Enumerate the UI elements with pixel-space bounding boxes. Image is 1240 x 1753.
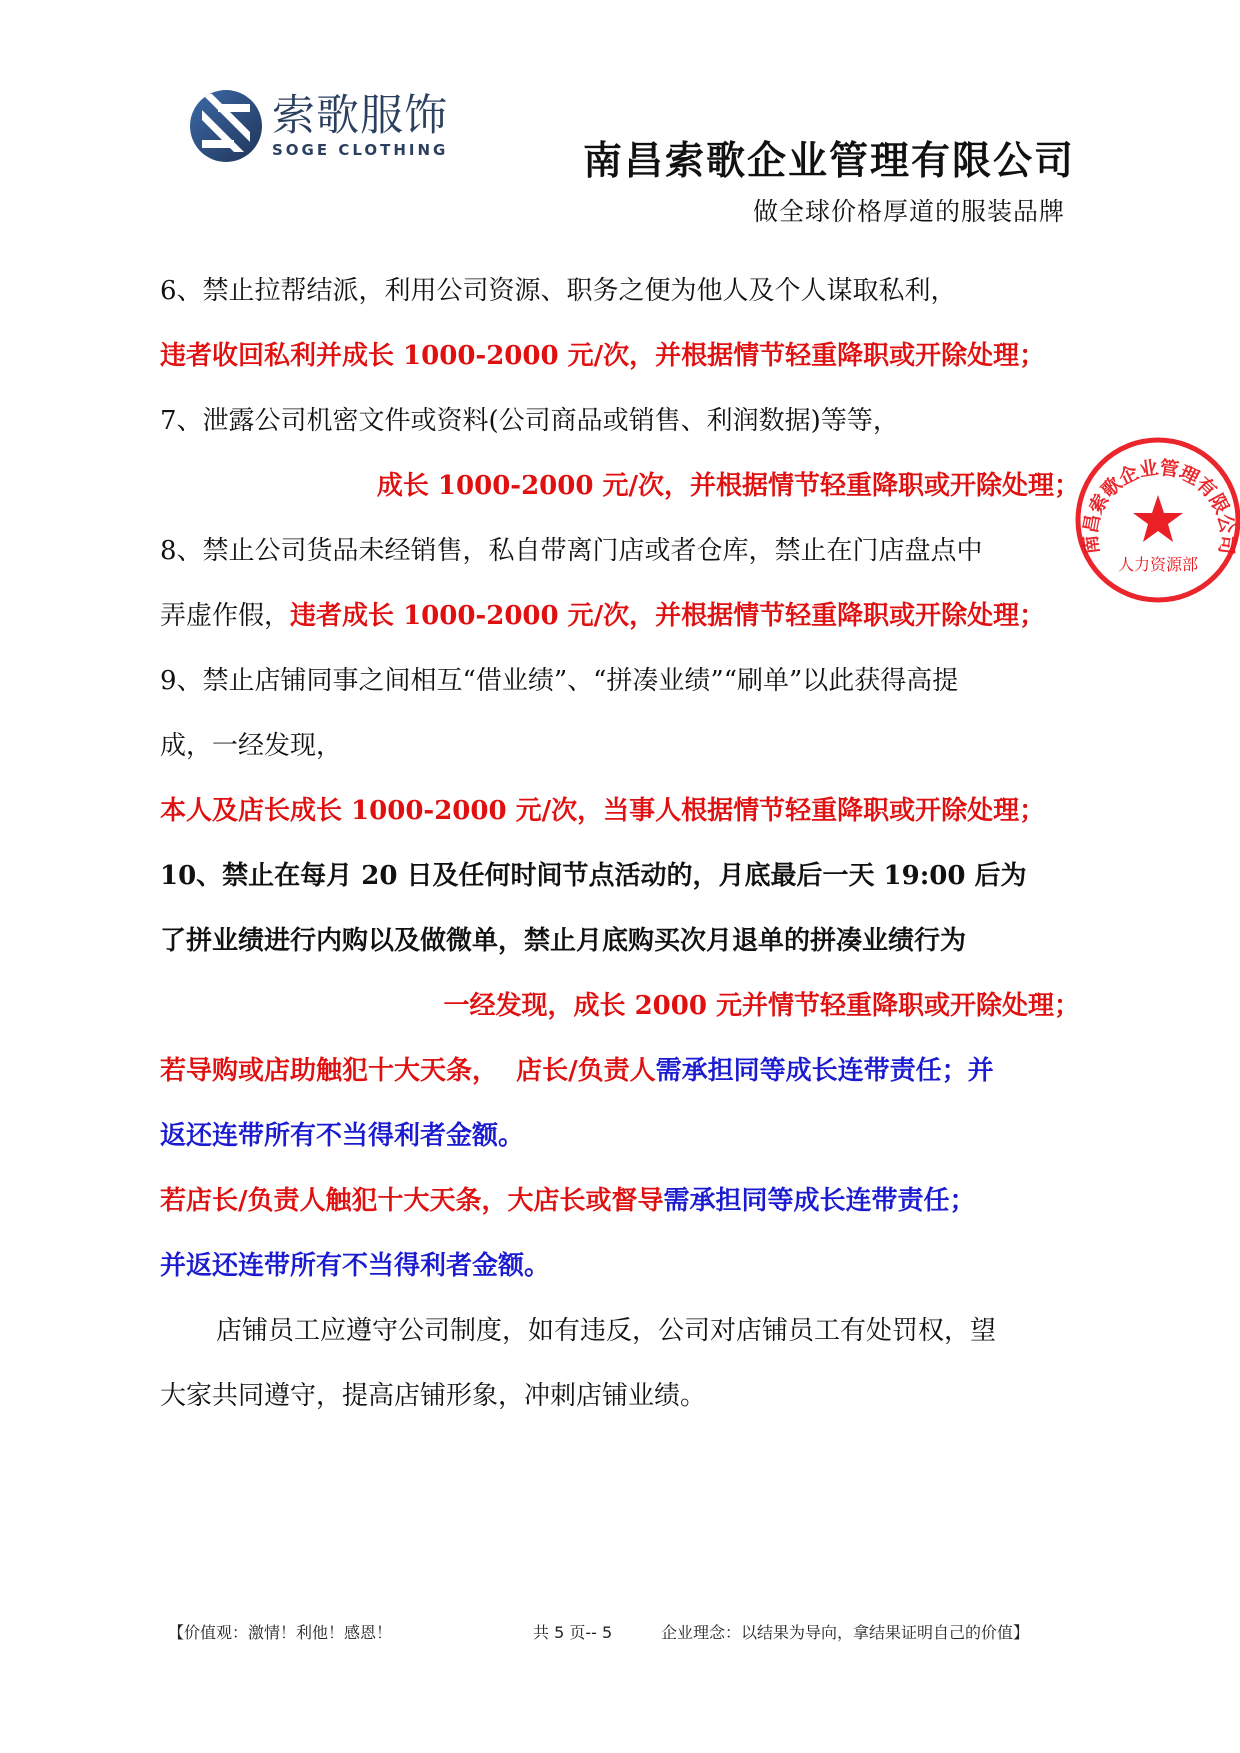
footer-philosophy: 企业理念：以结果为导向，拿结果证明自己的价值】 bbox=[661, 1620, 1029, 1643]
footer-page-number: 共 5 页-- 5 bbox=[533, 1620, 612, 1643]
rule-6-line-1: 6、禁止拉帮结派，利用公司资源、职务之便为他人及个人谋取私利， bbox=[160, 274, 1080, 308]
footer-values: 【价值观：激情！利他！感恩！ bbox=[168, 1620, 392, 1643]
logo-chinese-name: 索歌服饰 bbox=[272, 93, 448, 139]
joint-liability-2-subject: 若店长/负责人触犯十大天条，大店长或督导 bbox=[160, 1186, 664, 1216]
joint-liability-2-line-2: 并返还连带所有不当得利者金额。 bbox=[160, 1249, 1080, 1283]
rule-9-line-2: 成，一经发现， bbox=[160, 729, 1080, 763]
joint-liability-1-obligation: 需承担同等成长连带责任；并 bbox=[656, 1056, 994, 1086]
joint-liability-1-subject: 若导购或店助触犯十大天条， 店长/负责人 bbox=[160, 1056, 656, 1086]
rule-7-penalty: 成长 1000-2000 元/次，并根据情节轻重降职或开除处理； bbox=[160, 469, 1080, 503]
joint-liability-1-line-1: 若导购或店助触犯十大天条， 店长/负责人需承担同等成长连带责任；并 bbox=[160, 1054, 1080, 1088]
rule-8-line-2: 弄虚作假，违者成长 1000-2000 元/次，并根据情节轻重降职或开除处理； bbox=[160, 599, 1080, 633]
rule-10-line-1: 10、禁止在每月 20 日及任何时间节点活动的，月底最后一天 19:00 后为 bbox=[160, 859, 1080, 893]
official-seal-stamp: 南昌索歌企业管理有限公司 人力资源部 bbox=[1073, 435, 1240, 605]
rule-6-penalty: 违者收回私利并成长 1000-2000 元/次，并根据情节轻重降职或开除处理； bbox=[160, 339, 1080, 373]
rule-8-text-tail: 弄虚作假， bbox=[160, 601, 290, 631]
logo-english-name: SOGE CLOTHING bbox=[272, 141, 448, 159]
soge-logo-icon bbox=[188, 88, 264, 164]
stamp-department: 人力资源部 bbox=[1118, 555, 1198, 574]
rule-10-penalty: 一经发现，成长 2000 元并情节轻重降职或开除处理； bbox=[160, 989, 1080, 1023]
rule-9-line-1: 9、禁止店铺同事之间相互“借业绩”、“拼凑业绩”“刷单”以此获得高提 bbox=[160, 664, 1080, 698]
joint-liability-2-line-1: 若店长/负责人触犯十大天条，大店长或督导需承担同等成长连带责任； bbox=[160, 1184, 1080, 1218]
company-logo: 索歌服饰 SOGE CLOTHING bbox=[188, 88, 448, 164]
company-name: 南昌索歌企业管理有限公司 bbox=[583, 130, 1075, 186]
rule-9-penalty: 本人及店长成长 1000-2000 元/次，当事人根据情节轻重降职或开除处理； bbox=[160, 794, 1080, 828]
rule-10-line-2: 了拼业绩进行内购以及做微单，禁止月底购买次月退单的拼凑业绩行为 bbox=[160, 924, 1080, 958]
rule-7-line-1: 7、泄露公司机密文件或资料(公司商品或销售、利润数据)等等， bbox=[160, 404, 1080, 438]
joint-liability-2-obligation: 需承担同等成长连带责任； bbox=[664, 1186, 976, 1216]
rule-8-line-1: 8、禁止公司货品未经销售，私自带离门店或者仓库，禁止在门店盘点中 bbox=[160, 534, 1080, 568]
star-icon bbox=[1133, 495, 1183, 542]
document-page: 索歌服饰 SOGE CLOTHING 南昌索歌企业管理有限公司 做全球价格厚道的… bbox=[0, 0, 1240, 1753]
company-slogan: 做全球价格厚道的服装品牌 bbox=[753, 192, 1065, 228]
closing-line-1: 店铺员工应遵守公司制度，如有违反，公司对店铺员工有处罚权，望 bbox=[160, 1314, 1080, 1348]
joint-liability-1-line-2: 返还连带所有不当得利者金额。 bbox=[160, 1119, 1080, 1153]
closing-line-2: 大家共同遵守，提高店铺形象，冲刺店铺业绩。 bbox=[160, 1379, 1080, 1413]
rule-8-penalty: 违者成长 1000-2000 元/次，并根据情节轻重降职或开除处理； bbox=[290, 601, 1045, 631]
